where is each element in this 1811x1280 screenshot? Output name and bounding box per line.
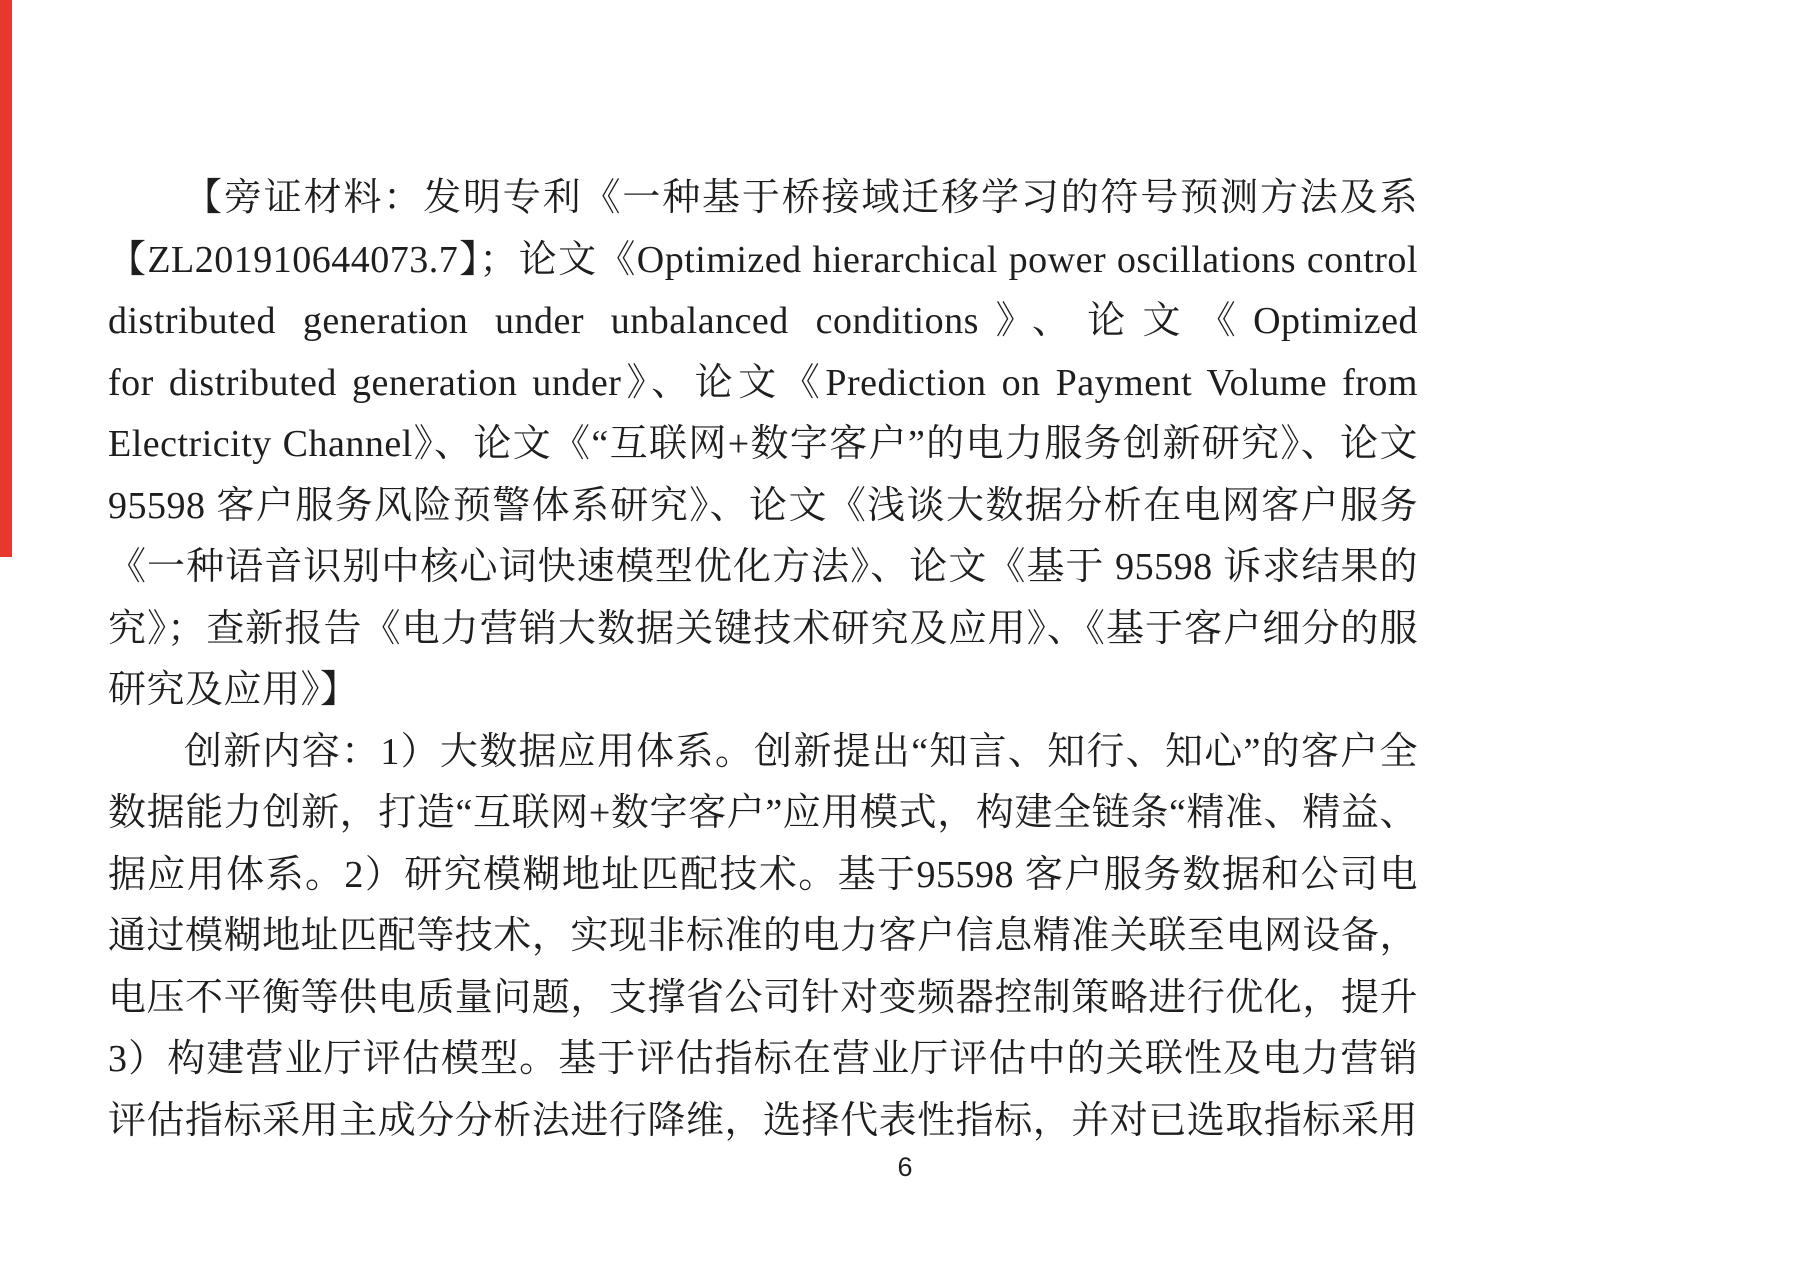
document-lines: 【旁证材料：发明专利《一种基于桥接域迁移学习的符号预测方法及系统》【ZL2019… — [108, 168, 1418, 1152]
text-line: 【旁证材料：发明专利《一种基于桥接域迁移学习的符号预测方法及系统》 — [108, 168, 1418, 230]
text-line: 数据能力创新，打造“互联网+数字客户”应用模式，构建全链条“精准、精益、精心”的… — [108, 783, 1418, 845]
text-line: 创新内容：1）大数据应用体系。创新提出“知言、知行、知心”的客户全面洞察模式，通… — [108, 722, 1418, 784]
text-line: for distributed generation under》、论文《Pre… — [108, 353, 1418, 415]
text-line: 【ZL201910644073.7】；论文《Optimized hierarch… — [108, 230, 1418, 292]
text-line: 据应用体系。2）研究模糊地址匹配技术。基于95598 客户服务数据和公司电网设备… — [108, 845, 1418, 907]
text-line: 研究及应用》】 — [108, 660, 1418, 722]
text-line: 评估指标采用主成分分析法进行降维，选择代表性指标，并对已选取指标采用熵权法客观赋… — [108, 1091, 1418, 1153]
left-edge-red-bar — [0, 0, 12, 557]
text-line: 电压不平衡等供电质量问题，支撑省公司针对变频器控制策略进行优化，提升了供电服务水… — [108, 968, 1418, 1030]
text-line: distributed generation under unbalanced … — [108, 291, 1418, 353]
text-line: 95598 客户服务风险预警体系研究》、论文《浅谈大数据分析在电网客户服务工作中… — [108, 476, 1418, 538]
text-line: 《一种语音识别中核心词快速模型优化方法》、论文《基于 95598 诉求结果的区域… — [108, 537, 1418, 599]
text-line: 3）构建营业厅评估模型。基于评估指标在营业厅评估中的关联性及电力营销数据的真实性… — [108, 1029, 1418, 1091]
text-line: 究》；查新报告《电力营销大数据关键技术研究及应用》、《基于客户细分的服务资源配置… — [108, 599, 1418, 661]
text-line: 通过模糊地址匹配等技术，实现非标准的电力客户信息精准关联至电网设备，从客户视角靶… — [108, 906, 1418, 968]
text-line: Electricity Channel》、论文《“互联网+数字客户”的电力服务创… — [108, 414, 1418, 476]
page-number: 6 — [860, 1152, 950, 1183]
document-page: 【旁证材料：发明专利《一种基于桥接域迁移学习的符号预测方法及系统》【ZL2019… — [0, 0, 1811, 1280]
